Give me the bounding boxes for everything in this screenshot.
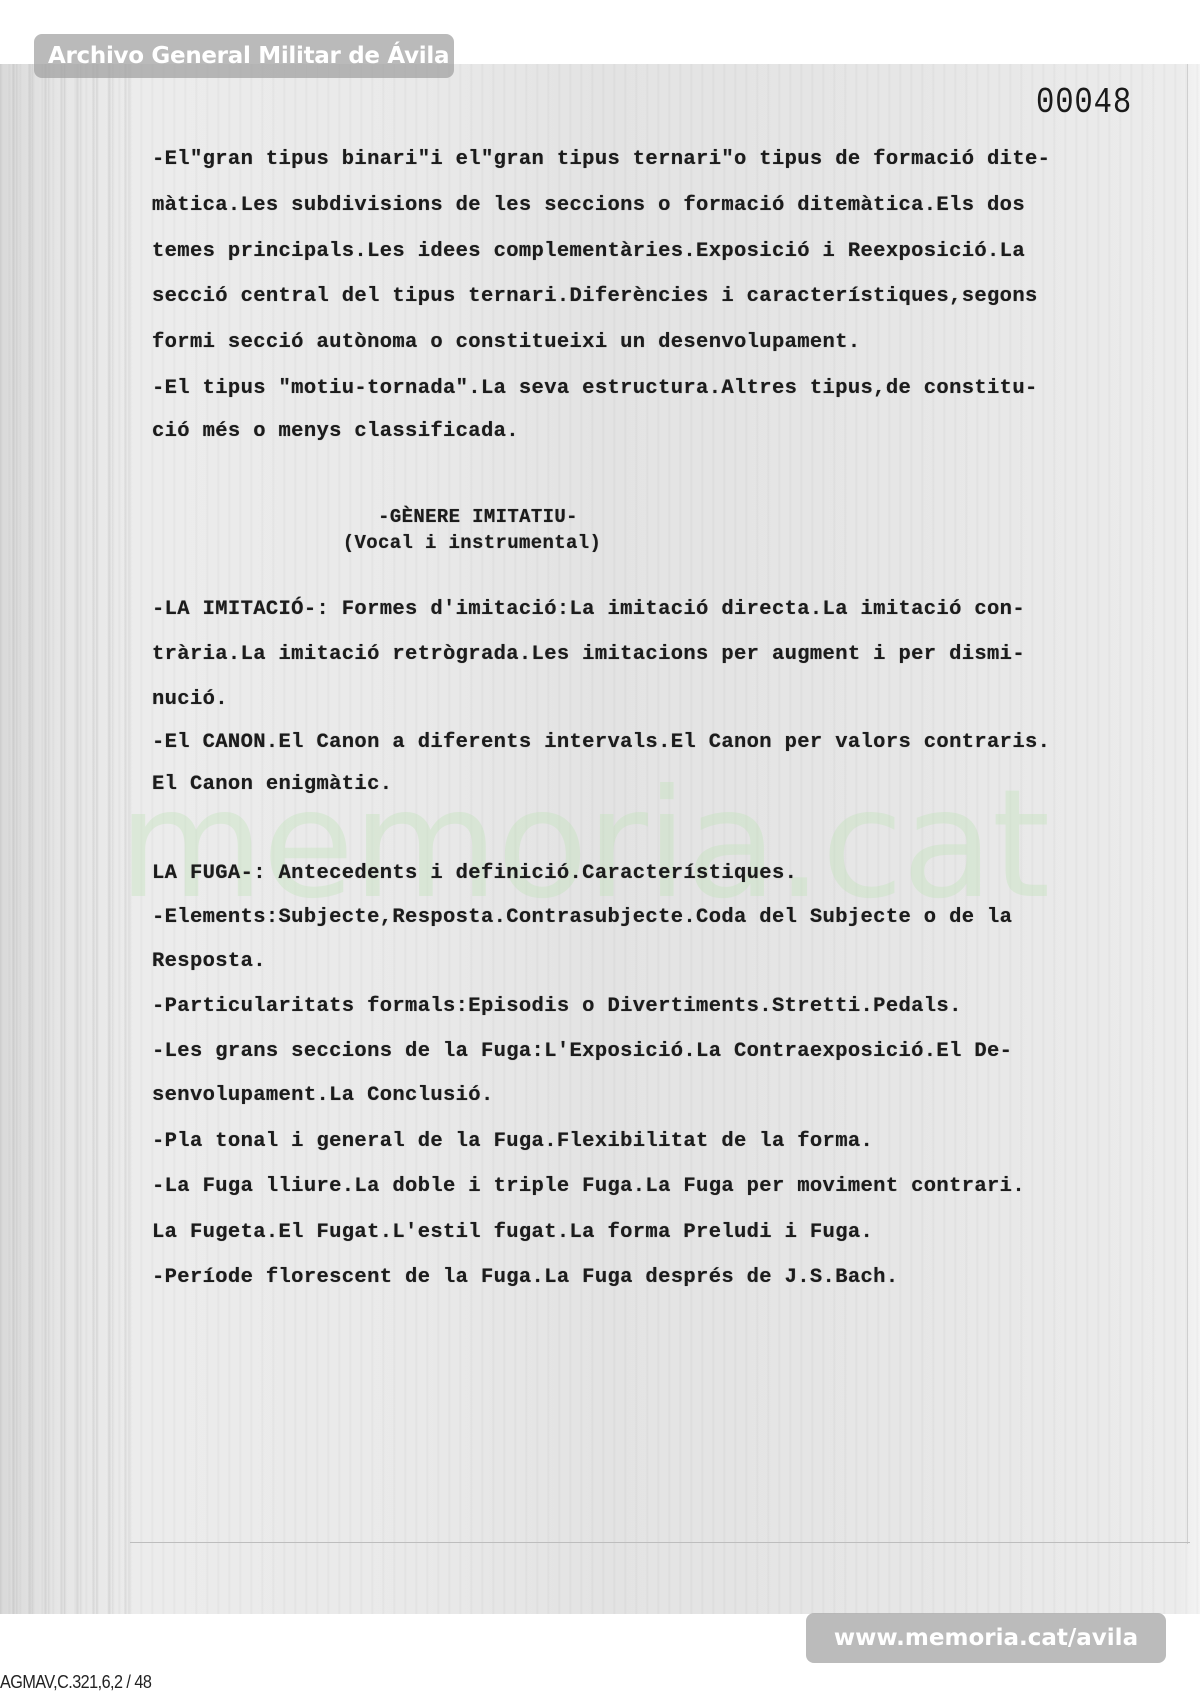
section-title: -GÈNERE IMITATIU- (0, 506, 1078, 528)
text-line: -Les grans seccions de la Fuga:L'Exposic… (152, 1040, 1142, 1063)
text-line: -La Fuga lliure.La doble i triple Fuga.L… (152, 1175, 1142, 1198)
document-reference: AGMAV,C.321,6,2 / 48 (0, 1672, 151, 1693)
paper-edge-bottom (130, 1542, 1190, 1543)
text-line: La Fugeta.El Fugat.L'estil fugat.La form… (152, 1221, 1142, 1244)
text-line: trària.La imitació retrògrada.Les imitac… (152, 643, 1142, 666)
text-line: -Particularitats formals:Episodis o Dive… (152, 995, 1142, 1018)
text-line: nució. (152, 688, 1142, 711)
text-line: -LA IMITACIÓ-: Formes d'imitació:La imit… (152, 598, 1142, 621)
text-line: ció més o menys classificada. (152, 420, 1142, 443)
text-line: -El"gran tipus binari"i el"gran tipus te… (152, 148, 1142, 171)
text-line: LA FUGA-: Antecedents i definició.Caract… (152, 862, 1142, 885)
text-line: Resposta. (152, 950, 1142, 973)
page-stamp: 00048 (1036, 82, 1132, 123)
text-line: senvolupament.La Conclusió. (152, 1084, 1142, 1107)
text-line: -Pla tonal i general de la Fuga.Flexibil… (152, 1130, 1142, 1153)
text-line: El Canon enigmàtic. (152, 773, 1142, 796)
section-subtitle: (Vocal i instrumental) (0, 532, 1072, 554)
website-link[interactable]: www.memoria.cat/avila (806, 1613, 1166, 1663)
text-line: -El tipus "motiu-tornada".La seva estruc… (152, 377, 1142, 400)
text-line: -Període florescent de la Fuga.La Fuga d… (152, 1266, 1142, 1289)
text-line: màtica.Les subdivisions de les seccions … (152, 194, 1142, 217)
text-line: -Elements:Subjecte,Resposta.Contrasubjec… (152, 906, 1142, 929)
paper-edge-right (1187, 64, 1188, 1544)
archive-name-badge: Archivo General Militar de Ávila (34, 34, 454, 78)
text-line: temes principals.Les idees complementàri… (152, 240, 1142, 263)
text-line: formi secció autònoma o constitueixi un … (152, 331, 1142, 354)
text-line: secció central del tipus ternari.Diferèn… (152, 285, 1142, 308)
text-line: -El CANON.El Canon a diferents intervals… (152, 731, 1142, 754)
